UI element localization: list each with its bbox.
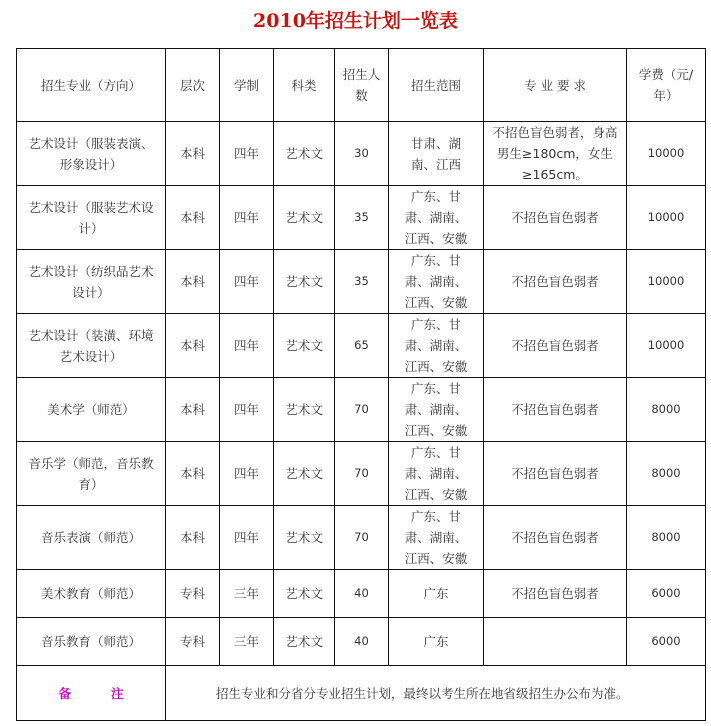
cell-level: 本科 (166, 250, 220, 314)
table-row: 美术学（师范） 本科 四年 艺术文 70 广东、甘肃、湖南、江西、安徽 不招色盲… (17, 378, 706, 442)
header-level: 层次 (166, 49, 220, 122)
cell-level: 本科 (166, 314, 220, 378)
cell-quota: 65 (335, 314, 389, 378)
remark-label: 备注 (17, 666, 166, 721)
header-quota: 招生人数 (335, 49, 389, 122)
cell-requirement: 不招色盲色弱者，身高男生≥180cm，女生≥165cm。 (484, 122, 627, 186)
remark-label-left: 备 (58, 683, 71, 704)
header-fee: 学费（元/年） (627, 49, 706, 122)
cell-scope: 广东、甘肃、湖南、江西、安徽 (389, 378, 484, 442)
cell-fee: 10000 (627, 250, 706, 314)
cell-category: 艺术文 (274, 122, 335, 186)
cell-major: 美术教育（师范） (17, 570, 166, 618)
cell-category: 艺术文 (274, 618, 335, 666)
cell-fee: 10000 (627, 122, 706, 186)
cell-category: 艺术文 (274, 506, 335, 570)
cell-scope: 广东、甘肃、湖南、江西、安徽 (389, 186, 484, 250)
cell-quota: 35 (335, 186, 389, 250)
cell-duration: 三年 (220, 618, 274, 666)
cell-requirement: 不招色盲色弱者 (484, 378, 627, 442)
cell-duration: 三年 (220, 570, 274, 618)
cell-major: 美术学（师范） (17, 378, 166, 442)
cell-category: 艺术文 (274, 570, 335, 618)
cell-major: 音乐表演（师范） (17, 506, 166, 570)
cell-category: 艺术文 (274, 378, 335, 442)
table-header-row: 招生专业（方向） 层次 学制 科类 招生人数 招生范围 专 业 要 求 学费（元… (17, 49, 706, 122)
header-duration: 学制 (220, 49, 274, 122)
cell-level: 专科 (166, 618, 220, 666)
cell-requirement: 不招色盲色弱者 (484, 250, 627, 314)
cell-duration: 四年 (220, 250, 274, 314)
remark-text: 招生专业和分省分专业招生计划，最终以考生所在地省级招生办公布为准。 (166, 666, 706, 721)
cell-fee: 6000 (627, 618, 706, 666)
cell-requirement: 不招色盲色弱者 (484, 186, 627, 250)
cell-scope: 广东 (389, 570, 484, 618)
cell-quota: 70 (335, 506, 389, 570)
cell-fee: 6000 (627, 570, 706, 618)
cell-major: 艺术设计（装潢、环境艺术设计） (17, 314, 166, 378)
cell-category: 艺术文 (274, 314, 335, 378)
page-title: 2010年招生计划一览表 (0, 6, 711, 33)
cell-level: 本科 (166, 122, 220, 186)
table-row: 艺术设计（服装艺术设计） 本科 四年 艺术文 35 广东、甘肃、湖南、江西、安徽… (17, 186, 706, 250)
cell-scope: 广东、甘肃、湖南、江西、安徽 (389, 442, 484, 506)
table-row: 艺术设计（装潢、环境艺术设计） 本科 四年 艺术文 65 广东、甘肃、湖南、江西… (17, 314, 706, 378)
cell-scope: 广东 (389, 618, 484, 666)
table-row: 音乐教育（师范） 专科 三年 艺术文 40 广东 6000 (17, 618, 706, 666)
cell-duration: 四年 (220, 378, 274, 442)
cell-fee: 10000 (627, 314, 706, 378)
cell-quota: 40 (335, 570, 389, 618)
cell-scope: 广东、甘肃、湖南、江西、安徽 (389, 506, 484, 570)
header-major: 招生专业（方向） (17, 49, 166, 122)
cell-level: 本科 (166, 506, 220, 570)
cell-quota: 30 (335, 122, 389, 186)
cell-duration: 四年 (220, 314, 274, 378)
cell-scope: 广东、甘肃、湖南、江西、安徽 (389, 314, 484, 378)
cell-level: 本科 (166, 442, 220, 506)
table-row: 美术教育（师范） 专科 三年 艺术文 40 广东 不招色盲色弱者 6000 (17, 570, 706, 618)
cell-fee: 8000 (627, 442, 706, 506)
cell-level: 本科 (166, 186, 220, 250)
cell-fee: 10000 (627, 186, 706, 250)
table-row: 音乐学（师范，音乐教育） 本科 四年 艺术文 70 广东、甘肃、湖南、江西、安徽… (17, 442, 706, 506)
cell-fee: 8000 (627, 506, 706, 570)
cell-requirement: 不招色盲色弱者 (484, 314, 627, 378)
header-category: 科类 (274, 49, 335, 122)
header-requirement: 专 业 要 求 (484, 49, 627, 122)
cell-category: 艺术文 (274, 186, 335, 250)
cell-major: 音乐教育（师范） (17, 618, 166, 666)
cell-major: 艺术设计（服装艺术设计） (17, 186, 166, 250)
cell-level: 本科 (166, 378, 220, 442)
cell-quota: 70 (335, 378, 389, 442)
cell-fee: 8000 (627, 378, 706, 442)
cell-requirement: 不招色盲色弱者 (484, 442, 627, 506)
cell-scope: 广东、甘肃、湖南、江西、安徽 (389, 250, 484, 314)
cell-major: 艺术设计（服装表演、形象设计） (17, 122, 166, 186)
table-row: 音乐表演（师范） 本科 四年 艺术文 70 广东、甘肃、湖南、江西、安徽 不招色… (17, 506, 706, 570)
cell-duration: 四年 (220, 186, 274, 250)
table-row: 艺术设计（纺织品艺术设计） 本科 四年 艺术文 35 广东、甘肃、湖南、江西、安… (17, 250, 706, 314)
cell-requirement (484, 618, 627, 666)
cell-level: 专科 (166, 570, 220, 618)
cell-duration: 四年 (220, 122, 274, 186)
cell-quota: 35 (335, 250, 389, 314)
header-scope: 招生范围 (389, 49, 484, 122)
cell-requirement: 不招色盲色弱者 (484, 570, 627, 618)
cell-major: 艺术设计（纺织品艺术设计） (17, 250, 166, 314)
cell-quota: 70 (335, 442, 389, 506)
cell-duration: 四年 (220, 442, 274, 506)
remark-row: 备注 招生专业和分省分专业招生计划，最终以考生所在地省级招生办公布为准。 (17, 666, 706, 721)
enrollment-plan-table: 招生专业（方向） 层次 学制 科类 招生人数 招生范围 专 业 要 求 学费（元… (16, 48, 706, 721)
cell-scope: 甘肃、湖南、江西 (389, 122, 484, 186)
remark-label-right: 注 (111, 683, 124, 704)
cell-requirement: 不招色盲色弱者 (484, 506, 627, 570)
cell-category: 艺术文 (274, 250, 335, 314)
cell-category: 艺术文 (274, 442, 335, 506)
table-row: 艺术设计（服装表演、形象设计） 本科 四年 艺术文 30 甘肃、湖南、江西 不招… (17, 122, 706, 186)
cell-duration: 四年 (220, 506, 274, 570)
cell-quota: 40 (335, 618, 389, 666)
cell-major: 音乐学（师范，音乐教育） (17, 442, 166, 506)
